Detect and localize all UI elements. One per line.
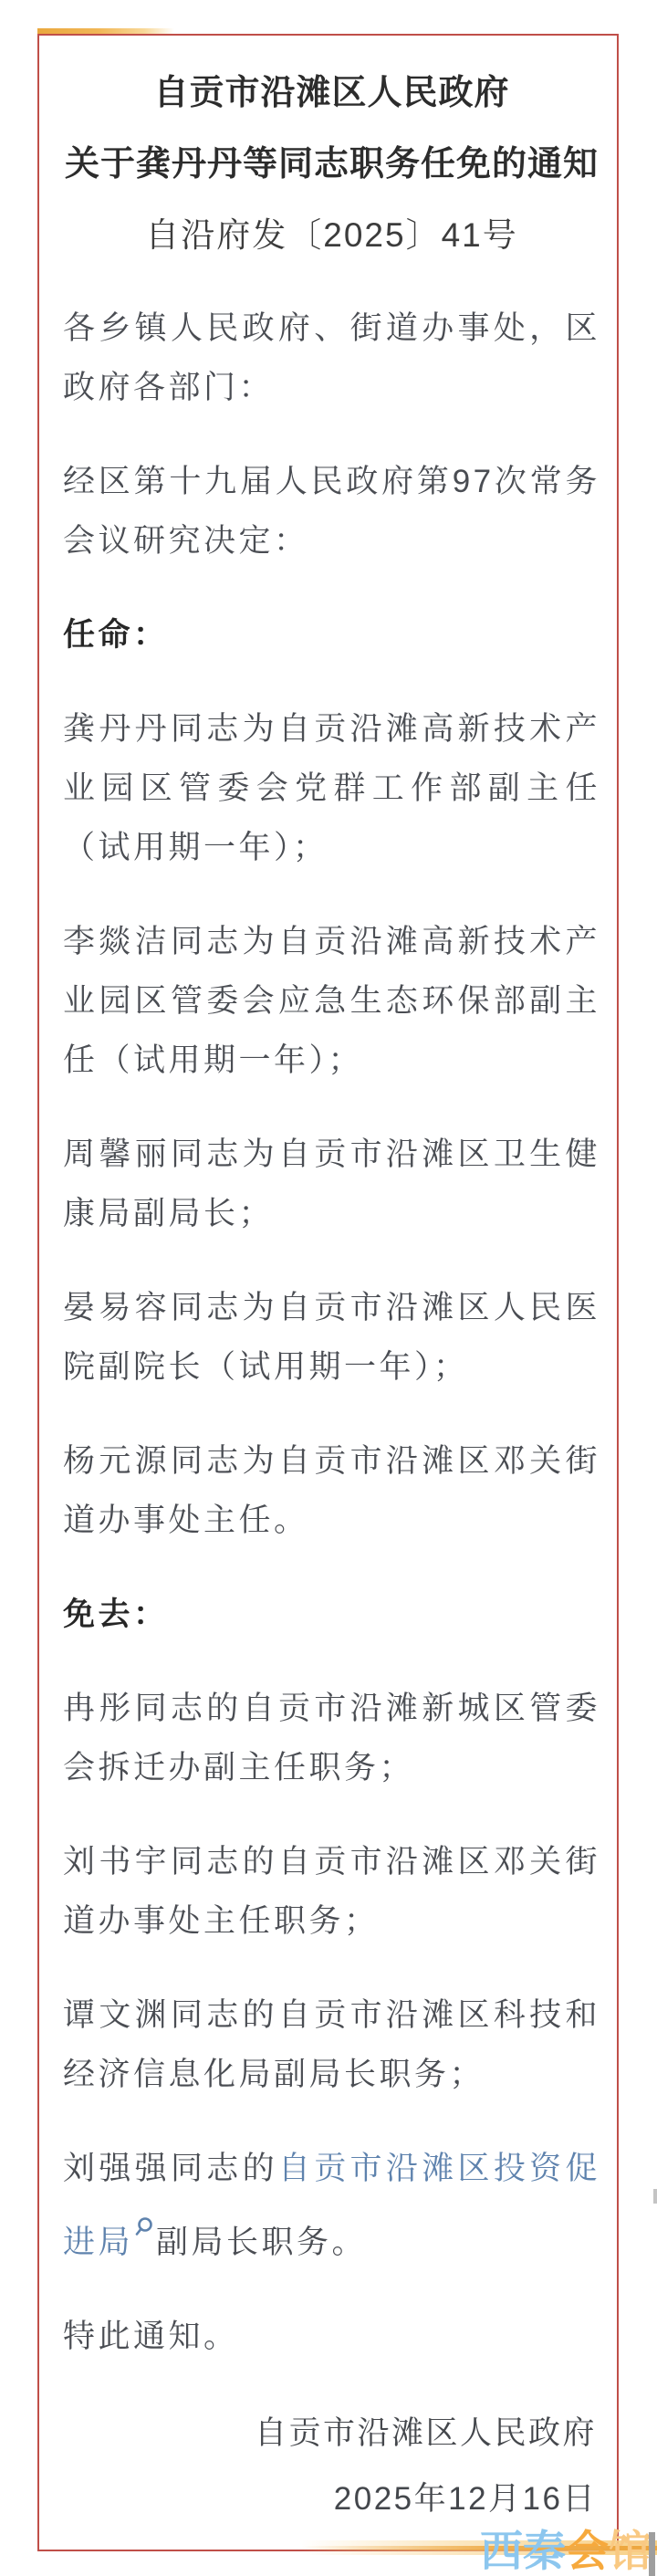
watermark-text-blue: 西秦 bbox=[480, 2527, 566, 2575]
watermark-text-orange: 会 bbox=[566, 2527, 609, 2575]
closing-paragraph: 特此通知。 bbox=[63, 2307, 600, 2366]
site-watermark: 西秦会馆 bbox=[480, 2529, 652, 2574]
appointment-item: 周馨丽同志为自贡市沿滩区卫生健康局副局长； bbox=[63, 1125, 600, 1243]
document-number: 自沿府发〔2025〕41号 bbox=[63, 200, 600, 271]
appointment-item: 李燚洁同志为自贡沿滩高新技术产业园区管委会应急生态环保部副主任（试用期一年）； bbox=[63, 912, 600, 1090]
appoint-heading: 任命： bbox=[63, 605, 600, 665]
removal-link-prefix: 刘强强同志的 bbox=[63, 2151, 278, 2186]
notice-card: 自贡市沿滩区人民政府 关于龚丹丹等同志职务任免的通知 自沿府发〔2025〕41号… bbox=[37, 34, 619, 2551]
scrollbar-notch[interactable] bbox=[653, 2189, 657, 2204]
signature-agency: 自贡市沿滩区人民政府 bbox=[63, 2401, 597, 2466]
salutation-paragraph: 各乡镇人民政府、街道办事处，区政府各部门： bbox=[63, 298, 600, 417]
removal-link-suffix: 副局长职务。 bbox=[156, 2225, 367, 2260]
signature-block: 自贡市沿滩区人民政府 2025年12月16日 bbox=[63, 2401, 600, 2532]
watermark-text-orange-light: 馆 bbox=[609, 2527, 652, 2575]
removal-item: 谭文渊同志的自贡市沿滩区科技和经济信息化局副局长职务； bbox=[63, 1985, 600, 2104]
removal-item-with-link: 刘强强同志的自贡市沿滩区投资促进局副局长职务。 bbox=[63, 2139, 600, 2272]
removal-item: 冉彤同志的自贡市沿滩新城区管委会拆迁办副主任职务； bbox=[63, 1679, 600, 1797]
notice-content: 自贡市沿滩区人民政府 关于龚丹丹等同志职务任免的通知 自沿府发〔2025〕41号… bbox=[39, 36, 617, 2532]
magnifier-icon[interactable] bbox=[134, 2198, 154, 2257]
appointment-item: 龚丹丹同志为自贡沿滩高新技术产业园区管委会党群工作部副主任（试用期一年）； bbox=[63, 699, 600, 877]
removal-item: 刘书宇同志的自贡市沿滩区邓关街道办事处主任职务； bbox=[63, 1832, 600, 1951]
scrollbar-thumb[interactable] bbox=[649, 2532, 655, 2576]
intro-paragraph: 经区第十九届人民政府第97次常务会议研究决定： bbox=[63, 452, 600, 571]
notice-title-line2: 关于龚丹丹等同志职务任免的通知 bbox=[63, 129, 600, 200]
notice-title-line1: 自贡市沿滩区人民政府 bbox=[63, 58, 600, 129]
remove-heading: 免去： bbox=[63, 1585, 600, 1644]
appointment-item: 杨元源同志为自贡市沿滩区邓关街道办事处主任。 bbox=[63, 1431, 600, 1550]
signature-date: 2025年12月16日 bbox=[63, 2466, 597, 2532]
appointment-item: 晏易容同志为自贡市沿滩区人民医院副院长（试用期一年）； bbox=[63, 1278, 600, 1397]
